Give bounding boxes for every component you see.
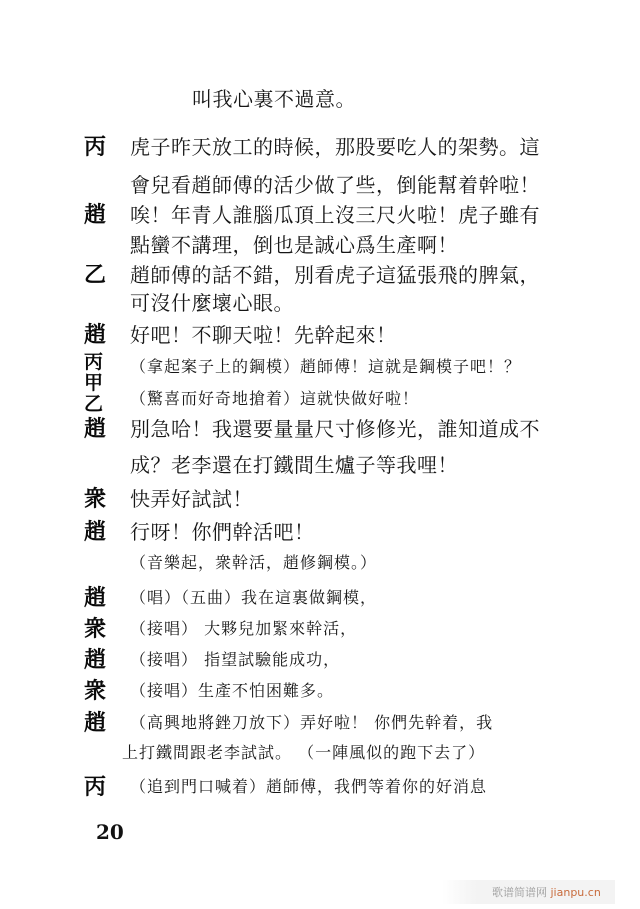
script-line: 叫我心裏不過意。 [84,84,564,114]
speaker-label: 趙 [84,708,114,738]
line-text: 成？老李還在打鐵間生爐子等我哩！ [130,450,458,480]
line-text: （音樂起，衆幹活，趙修鋼模。） [130,548,377,578]
line-text: 唉！年青人誰腦瓜頂上沒三尺火啦！虎子雖有 [130,200,540,230]
script-line: 趙 行呀！你們幹活吧！ [84,517,564,547]
script-line: 乙 趙師傅的話不錯，別看虎子這猛張飛的脾氣， [84,260,564,290]
song-line: 趙 （接唱） 指望試驗能成功， [84,645,564,675]
script-line: （拿起案子上的鋼模）趙師傅！這就是鋼模子吧！？ [84,352,564,382]
line-text: 可沒什麼壞心眼。 [130,288,294,318]
watermark-brand: jianpu.cn [551,886,601,899]
line-text: 虎子昨天放工的時候，那股要吃人的架勢。這 [130,132,540,162]
script-line: 點蠻不講理，倒也是誠心爲生產啊！ [84,230,564,260]
document-page: 叫我心裏不過意。 丙 虎子昨天放工的時候，那股要吃人的架勢。這 會兒看趙師傅的活… [0,0,640,909]
line-text: 會兒看趙師傅的活少做了些，倒能幫着幹啦！ [130,170,540,200]
song-line: 衆 （接唱）生產不怕困難多。 [84,676,564,706]
speaker-label: 乙 [84,260,114,290]
line-text: 好吧！不聊天啦！先幹起來！ [130,320,397,350]
line-text: 趙師傅的話不錯，別看虎子這猛張飛的脾氣， [130,260,540,290]
line-text: （拿起案子上的鋼模）趙師傅！這就是鋼模子吧！？ [130,352,521,382]
line-text: 快弄好試試！ [130,484,253,514]
script-line: 趙 唉！年青人誰腦瓜頂上沒三尺火啦！虎子雖有 [84,200,564,230]
speaker-label: 趙 [84,414,114,444]
line-text: 別急哈！我還要量量尺寸修修光，誰知道成不 [130,414,540,444]
line-text: （高興地將銼刀放下）弄好啦！ 你們先幹着，我 [130,708,493,738]
script-line: 趙 好吧！不聊天啦！先幹起來！ [84,320,564,350]
line-text: 行呀！你們幹活吧！ [130,517,315,547]
line-text: （接唱） 指望試驗能成功， [130,645,340,675]
line-text: 叫我心裏不過意。 [192,84,356,114]
speaker-label: 趙 [84,645,114,675]
line-text: （接唱） 大夥兒加緊來幹活， [130,614,357,644]
line-text: 點蠻不講理，倒也是誠心爲生產啊！ [130,230,458,260]
line-text: （唱）（五曲）我在這裏做鋼模， [130,583,377,613]
speaker-label: 趙 [84,200,114,230]
speaker-label: 趙 [84,583,114,613]
script-line: 可沒什麼壞心眼。 [84,288,564,318]
watermark-text: 歌谱简谱网 [492,886,547,899]
line-text: （驚喜而好奇地搶着）這就快做好啦！ [130,384,419,414]
speaker-label: 趙 [84,320,114,350]
watermark: 歌谱简谱网 jianpu.cn [442,880,615,904]
script-line: （驚喜而好奇地搶着）這就快做好啦！ [84,384,564,414]
line-text: （接唱）生產不怕困難多。 [130,676,334,706]
script-line: 趙 （高興地將銼刀放下）弄好啦！ 你們先幹着，我 [84,708,564,738]
speaker-label: 衆 [84,614,114,644]
page-number: 20 [96,820,124,844]
script-line: 衆 快弄好試試！ [84,484,564,514]
speaker-label: 衆 [84,676,114,706]
speaker-label: 衆 [84,484,114,514]
script-line: 丙 （追到門口喊着）趙師傅，我們等着你的好消息 [84,772,564,802]
line-text: （追到門口喊着）趙師傅，我們等着你的好消息 [130,772,487,802]
song-line: 趙 （唱）（五曲）我在這裏做鋼模， [84,583,564,613]
script-line: 成？老李還在打鐵間生爐子等我哩！ [84,450,564,480]
script-line: 丙 虎子昨天放工的時候，那股要吃人的架勢。這 [84,132,564,162]
speaker-label: 丙 [84,132,114,162]
song-line: 衆 （接唱） 大夥兒加緊來幹活， [84,614,564,644]
script-line: 會兒看趙師傅的活少做了些，倒能幫着幹啦！ [84,170,564,200]
speaker-label: 丙 [84,772,114,802]
speaker-label: 趙 [84,517,114,547]
line-text: 上打鐵間跟老李試試。 （一陣風似的跑下去了） [122,738,485,768]
script-line: 趙 別急哈！我還要量量尺寸修修光，誰知道成不 [84,414,564,444]
script-line: 上打鐵間跟老李試試。 （一陣風似的跑下去了） [84,738,564,768]
stage-direction: （音樂起，衆幹活，趙修鋼模。） [84,548,564,578]
